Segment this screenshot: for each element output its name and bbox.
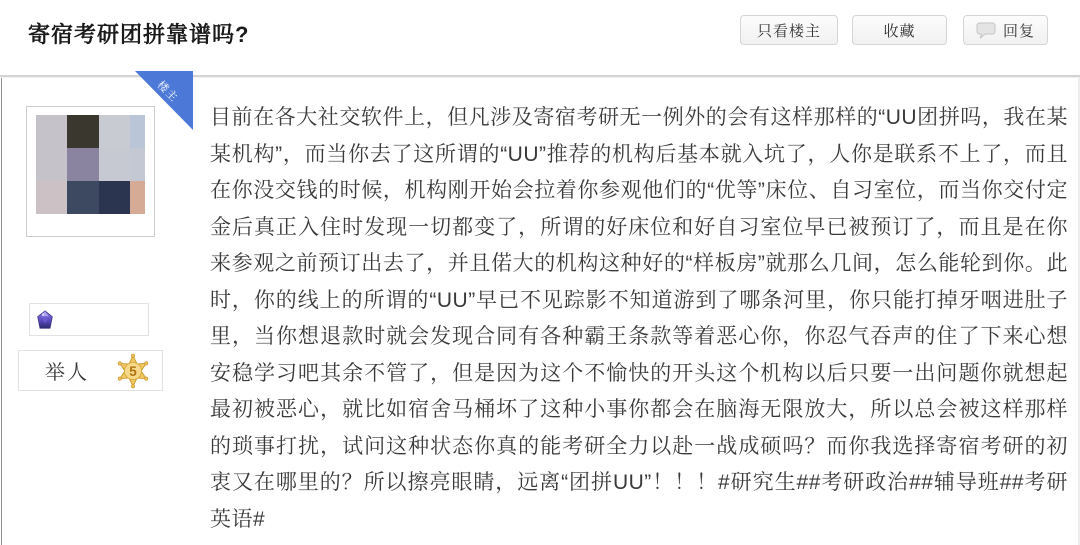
left-page-edge: [1, 78, 2, 545]
user-rank-box[interactable]: 举人 5: [18, 350, 163, 391]
gem-icon: [34, 309, 56, 331]
view-author-only-button[interactable]: 只看楼主: [740, 15, 838, 45]
user-badge-box[interactable]: [29, 303, 149, 336]
level-star-icon: 5: [115, 353, 151, 389]
post-body-text: 目前在各大社交软件上，但凡涉及寄宿考研无一例外的会有这样那样的“UU团拼吗，我在…: [210, 100, 1068, 538]
favorite-label: 收藏: [883, 20, 915, 41]
page-title: 寄宿考研团拼靠谱吗?: [28, 18, 249, 49]
reply-label: 回复: [1003, 20, 1035, 41]
favorite-button[interactable]: 收藏: [852, 15, 947, 45]
view-author-only-label: 只看楼主: [757, 20, 821, 41]
floor-host-ribbon-label: 楼主: [154, 77, 182, 105]
level-number: 5: [129, 363, 137, 378]
thread-page: 寄宿考研团拼靠谱吗? 只看楼主 收藏 回复 楼主: [0, 0, 1080, 545]
avatar-mosaic: [36, 115, 145, 214]
reply-button[interactable]: 回复: [963, 15, 1048, 45]
speech-bubble-icon: [976, 22, 997, 39]
rank-label: 举人: [45, 356, 89, 385]
avatar[interactable]: [26, 106, 155, 237]
